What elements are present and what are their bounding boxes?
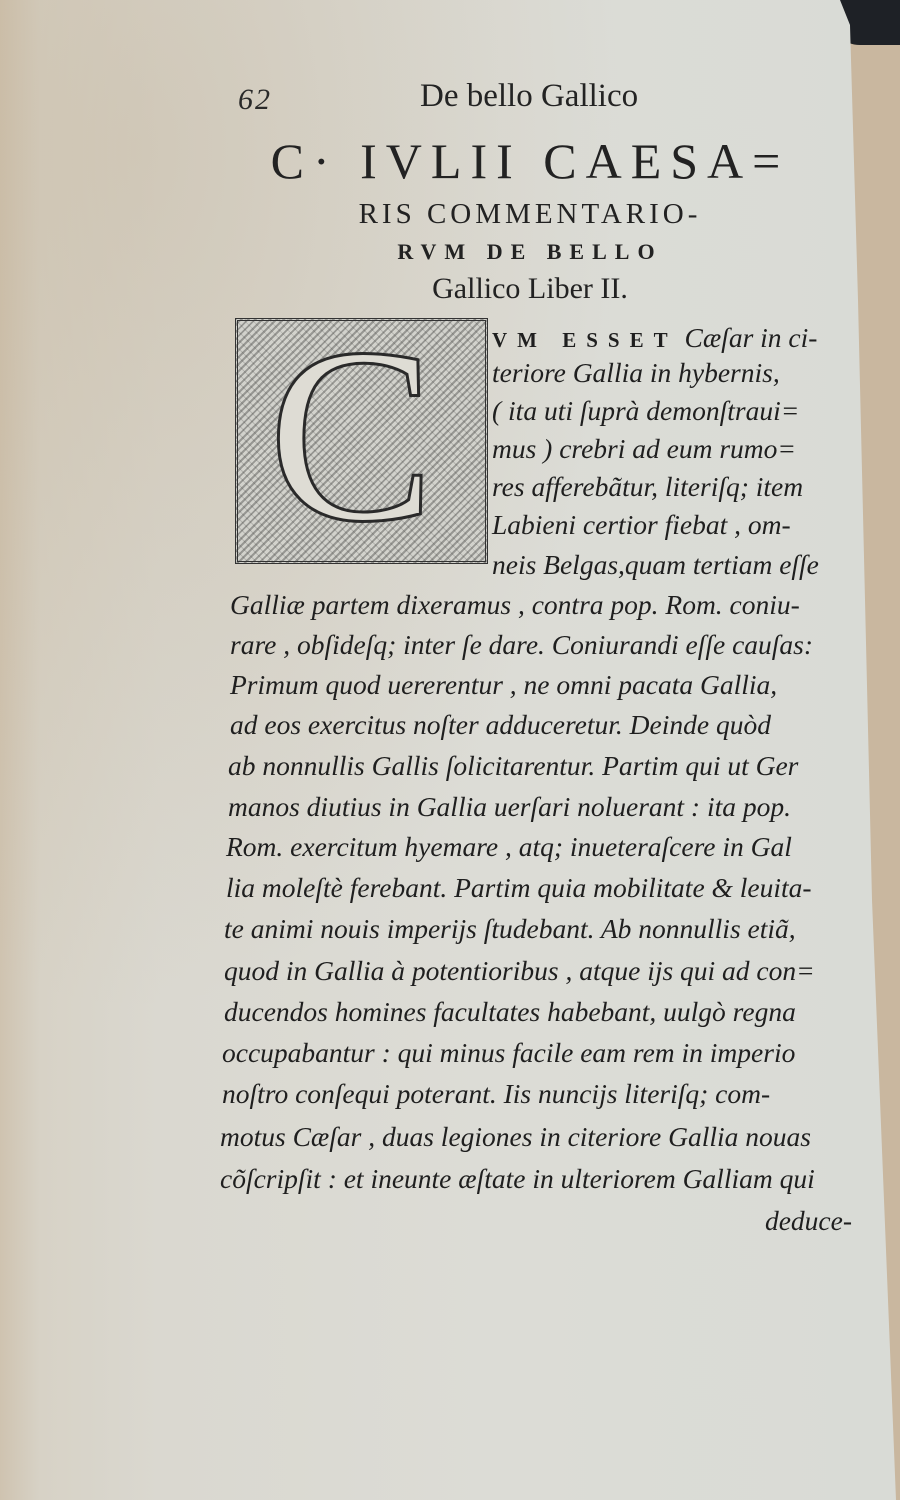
text-line: te animi nouis imperijs ſtudebant. Ab no…	[224, 913, 796, 945]
woodcut-initial-icon: C	[235, 318, 488, 564]
text-line: neis Belgas,quam tertiam eſſe	[492, 549, 819, 581]
text-line: mus ) crebri ad eum rumo=	[492, 433, 796, 465]
chapter-title: C· IVLII CAESA= RIS COMMENTARIO- RVM DE …	[250, 130, 810, 310]
text-line: manos diutius in Gallia uerſari nolueran…	[228, 791, 791, 823]
text-line: teriore Gallia in hybernis,	[492, 357, 780, 389]
title-line-1: C· IVLII CAESA=	[250, 130, 810, 192]
text-line: Primum quod uererentur , ne omni pacata …	[230, 669, 777, 701]
initial-letter: C	[268, 318, 435, 561]
text-line-segment: Cæſar in ci-	[685, 322, 818, 353]
text-line: Galliæ partem dixeramus , contra pop. Ro…	[230, 589, 800, 621]
text-line: VM ESSET Cæſar in ci-	[492, 322, 817, 354]
title-line-2: RIS COMMENTARIO-	[250, 192, 810, 236]
text-line: Rom. exercitum hyemare , atq; inueteraſc…	[226, 831, 792, 863]
text-line: ducendos homines facultates habebant, uu…	[224, 996, 796, 1028]
page-number: 62	[238, 83, 272, 117]
title-line-4: Gallico Liber II.	[250, 268, 810, 310]
text-line: noſtro conſequi poterant. Iis nuncijs li…	[222, 1078, 770, 1110]
text-line: motus Cæſar , duas legiones in citeriore…	[220, 1121, 811, 1153]
text-line: res afferebãtur, literiſq; item	[492, 471, 803, 503]
text-line: ad eos exercitus noſter adduceretur. Dei…	[230, 709, 771, 741]
text-line: ab nonnullis Gallis ſolicitarentur. Part…	[228, 750, 798, 782]
title-line-3: RVM DE BELLO	[250, 236, 810, 268]
catchword: deduce-	[765, 1205, 852, 1237]
text-line: lia moleſtè ferebant. Partim quia mobili…	[226, 872, 812, 904]
text-line: occupabantur : qui minus facile eam rem …	[222, 1037, 795, 1069]
text-line: quod in Gallia à potentioribus , atque i…	[224, 955, 815, 987]
text-line: cõſcripſit : et ineunte æſtate in ulteri…	[220, 1163, 815, 1195]
text-line: ( ita uti ſuprà demonſtraui=	[492, 395, 799, 427]
opening-smallcaps: VM ESSET	[492, 328, 678, 352]
book-page: 62 De bello Gallico C· IVLII CAESA= RIS …	[0, 0, 900, 1500]
running-head: De bello Gallico	[420, 78, 638, 115]
text-line: rare , obſideſq; inter ſe dare. Coniuran…	[230, 629, 813, 661]
text-line: Labieni certior fiebat , om-	[492, 509, 791, 541]
